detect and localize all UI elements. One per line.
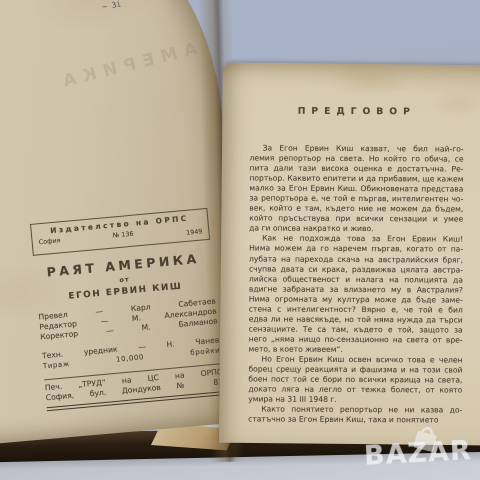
text-line: лубата на парехода скача на австралийски… [249, 254, 463, 265]
text-line: Нима можем да го наречем пъргав, когато … [249, 244, 463, 255]
colophon-block: Издателство на ОРПС София № 136 1949 РАЯ… [30, 208, 224, 412]
paragraph: Но Егон Ервин Киш освен всичко това е че… [248, 354, 462, 405]
text-line: счупва двата си крака, раздвижва цялата … [249, 264, 463, 275]
preface-paragraphs: За Егон Ервин Киш казват, че бил най-го-… [248, 143, 463, 425]
bazar-watermark: BAZAR [363, 435, 472, 472]
text-line: лийска общественост и налага на полицият… [249, 274, 463, 285]
publisher-city: София [38, 236, 60, 246]
text-line: вдигне забраната за влизането му в Австр… [249, 284, 463, 295]
series-number: № 136 [112, 230, 134, 240]
publish-year: 1949 [186, 227, 203, 236]
paragraph: Как не подхожда това за Егон Ервин Киш!Н… [249, 234, 464, 356]
book-photo-scene: ~ 3i АМЕРИКА Издателство на ОРПС София №… [0, 0, 480, 480]
preface-block: ПРЕДГОВОР За Егон Ервин Киш казват, че б… [248, 105, 464, 425]
preface-heading: ПРЕДГОВОР [250, 105, 464, 117]
paragraph: Както понятието репортьор не ни казва до… [248, 405, 462, 426]
credits-list: Превел — Карл СабетаевРедактор — М. Алек… [38, 297, 218, 343]
paragraph: За Егон Ервин Киш казват, че бил най-го-… [249, 143, 463, 235]
